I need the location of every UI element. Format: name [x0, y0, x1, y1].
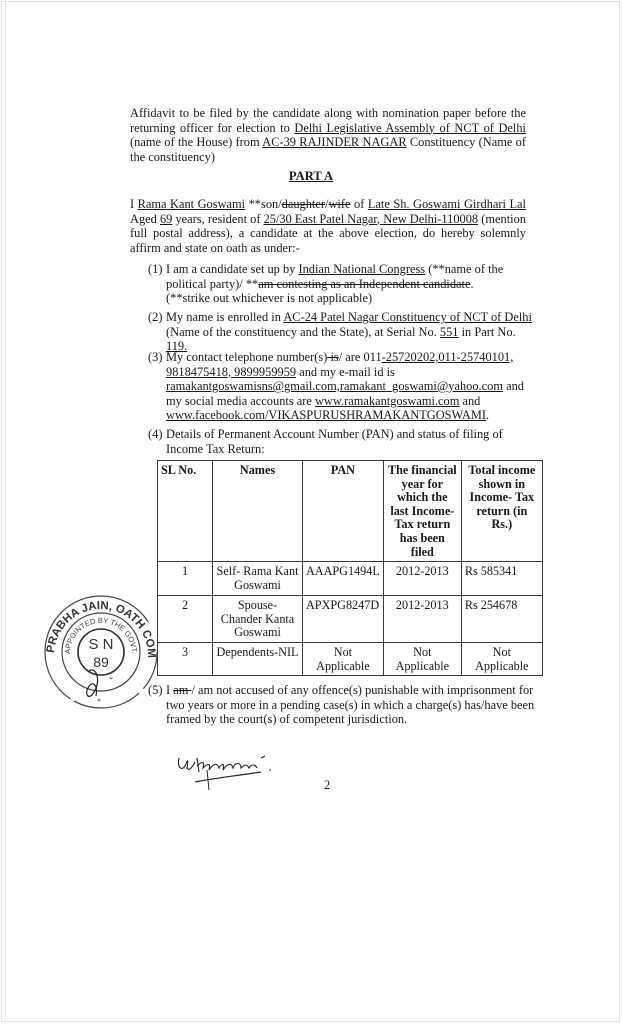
- item-text: Details of Permanent Account Number (PAN…: [166, 427, 503, 456]
- decl-text: **son/: [245, 197, 282, 211]
- serial-number: 551: [440, 325, 459, 339]
- item-text: My name is enrolled in: [166, 310, 283, 324]
- website-link[interactable]: www.ramakantgoswami.com: [315, 394, 459, 408]
- header-names: Names: [213, 461, 303, 562]
- cell-pan: Not Applicable: [303, 642, 384, 675]
- cell-name: Spouse- Chander Kanta Goswami: [213, 596, 303, 643]
- cell-sl-no: 1: [158, 562, 213, 596]
- struck-text: daughter: [282, 197, 325, 211]
- email-addresses[interactable]: ramakantgoswamisns@gmail.com,ramakant_go…: [166, 379, 503, 393]
- svg-text:*: *: [109, 675, 113, 684]
- pan-table: SL No. Names PAN The financial year for …: [157, 460, 543, 676]
- decl-text: Aged: [130, 212, 160, 226]
- table-row: 3 Dependents-NIL Not Applicable Not Appl…: [158, 642, 543, 675]
- cell-name: Dependents-NIL: [213, 642, 303, 675]
- svg-text:*: *: [97, 697, 101, 706]
- item-2-enrolment: (2) My name is enrolled in AC-24 Patel N…: [148, 310, 538, 354]
- header-total-income: Total income shown in Income- Tax return…: [461, 461, 542, 562]
- item-3-contact: (3) My contact telephone number(s) is/ a…: [148, 350, 538, 423]
- item-text: I am a candidate set up by: [166, 262, 298, 276]
- cell-income: Not Applicable: [461, 642, 542, 675]
- decl-text: years, resident of: [172, 212, 263, 226]
- cell-financial-year: 2012-2013: [383, 562, 461, 596]
- cell-financial-year: 2012-2013: [383, 596, 461, 643]
- item-number: (4): [148, 427, 162, 442]
- decl-text: of: [351, 197, 368, 211]
- header-pan: PAN: [303, 461, 384, 562]
- stamp-center-line1: S N: [88, 636, 113, 653]
- item-4-pan: (4) Details of Permanent Account Number …: [148, 427, 538, 456]
- official-seal-icon: PRABHA JAIN, OATH COMMISSIONER APPOINTED…: [40, 592, 162, 717]
- item-text: and my e-mail id is: [296, 365, 395, 379]
- page-edge-line: [5, 0, 6, 1024]
- page-number: 2: [324, 778, 330, 793]
- item-5-offences: (5) I am / am not accused of any offence…: [148, 683, 538, 727]
- item-text: My contact telephone number(s): [166, 350, 327, 364]
- enrolled-constituency: AC-24 Patel Nagar Constituency of NCT of…: [283, 310, 532, 324]
- constituency-name: AC-39 RAJINDER NAGAR: [262, 135, 406, 149]
- item-text: in Part No.: [458, 325, 515, 339]
- item-text: / are 011: [339, 350, 382, 364]
- stamp-center-line2: 89: [93, 654, 109, 670]
- struck-text: wife: [328, 197, 350, 211]
- header-financial-year: The financial year for which the last In…: [383, 461, 461, 562]
- cell-name: Self- Rama Kant Goswami: [213, 562, 303, 596]
- item-number: (1): [148, 262, 162, 277]
- header-sl-no: SL No.: [158, 461, 213, 562]
- cell-income: Rs 254678: [461, 596, 542, 643]
- item-number: (3): [148, 350, 162, 365]
- decl-text: I: [130, 197, 138, 211]
- table-row: 1 Self- Rama Kant Goswami AAAPG1494L 201…: [158, 562, 543, 596]
- cell-pan: APXPG8247D: [303, 596, 384, 643]
- declaration: I Rama Kant Goswami **son/daughter/wife …: [130, 197, 526, 255]
- item-text: .: [471, 277, 474, 291]
- item-text: (Name of the constituency and the State)…: [166, 325, 440, 339]
- father-name: Late Sh. Goswami Girdhari Lal: [368, 197, 526, 211]
- cell-sl-no: 2: [158, 596, 213, 643]
- house-name: Delhi Legislative Assembly of NCT of Del…: [294, 121, 526, 135]
- cell-income: Rs 585341: [461, 562, 542, 596]
- struck-text: is: [327, 350, 338, 364]
- signature-icon: [175, 752, 285, 797]
- candidate-address: 25/30 East Patel Nagar, New Delhi-110008: [264, 212, 479, 226]
- cell-financial-year: Not Applicable: [383, 642, 461, 675]
- struck-text: am: [173, 683, 191, 697]
- item-text: / am not accused of any offence(s) punis…: [166, 683, 534, 726]
- facebook-link[interactable]: www.facebook.com/VIKASPURUSHRAMAKANTGOSW…: [166, 408, 486, 422]
- cell-pan: AAAPG1494L: [303, 562, 384, 596]
- table-header-row: SL No. Names PAN The financial year for …: [158, 461, 543, 562]
- part-title: PART A: [0, 169, 622, 184]
- struck-text: am contesting as an Independent candidat…: [258, 277, 470, 291]
- candidate-age: 69: [160, 212, 172, 226]
- party-name: Indian National Congress: [298, 262, 425, 276]
- item-number: (2): [148, 310, 162, 325]
- item-1-party: (1) I am a candidate set up by Indian Na…: [148, 262, 538, 306]
- affidavit-intro: Affidavit to be filed by the candidate a…: [130, 106, 526, 164]
- item-text: and: [459, 394, 480, 408]
- candidate-name: Rama Kant Goswami: [138, 197, 245, 211]
- table-row: 2 Spouse- Chander Kanta Goswami APXPG824…: [158, 596, 543, 643]
- item-text: .: [486, 408, 489, 422]
- strike-note: (**strike out whichever is not applicabl…: [166, 291, 372, 305]
- cell-sl-no: 3: [158, 642, 213, 675]
- intro-text: (name of the House) from: [130, 135, 262, 149]
